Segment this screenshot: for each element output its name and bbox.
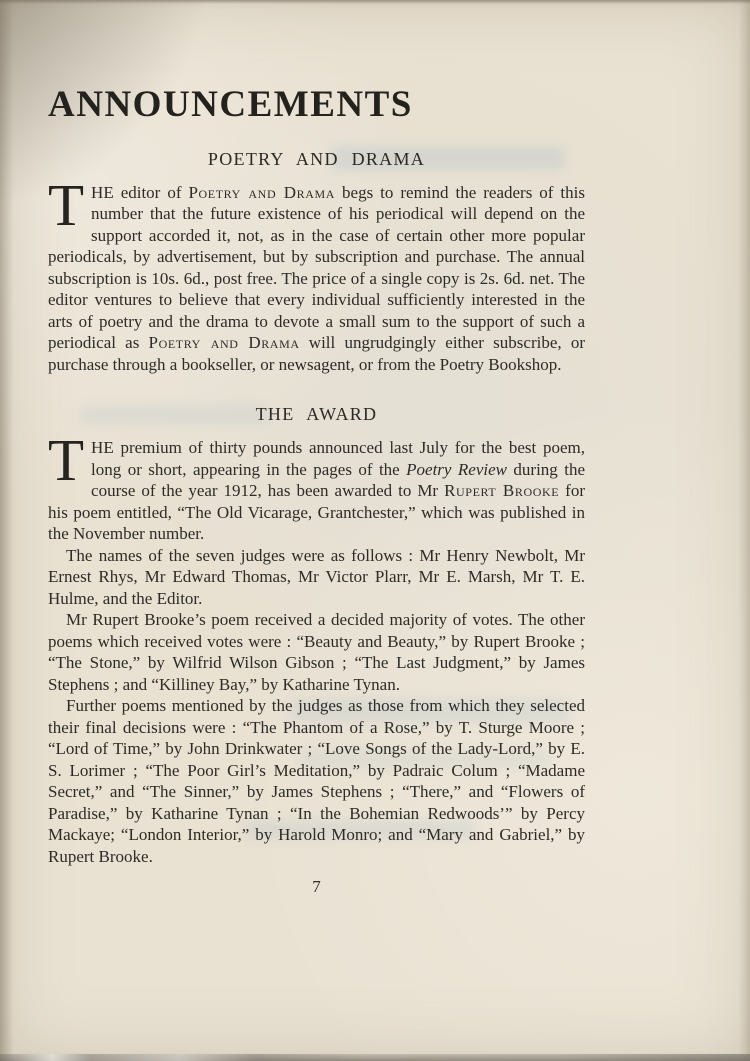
section-heading: POETRY AND DRAMA [48,150,585,170]
text-block: ANNOUNCEMENTS POETRY AND DRAMA THE edito… [48,86,585,898]
small-caps-run: Rupert Brooke [444,481,559,500]
paragraph: THE premium of thirty pounds announced l… [48,437,585,545]
paragraph: Mr Rupert Brooke’s poem received a decid… [48,609,585,695]
small-caps-run: Poetry and Drama [188,183,335,202]
italic-run: Poetry Review [406,460,507,479]
text-run: HE [91,438,114,457]
small-caps-run: Poetry and Drama [149,333,300,352]
text-run: The names of the seven judges were as fo… [48,546,585,608]
text-run: Further poems mentioned by the judges as… [48,696,585,866]
drop-cap: T [48,437,91,482]
paragraph: THE editor of Poetry and Drama begs to r… [48,182,585,376]
page-number: 7 [48,876,585,898]
text-run: HE [91,183,114,202]
text-run: begs to remind the readers of this numbe… [48,183,585,353]
paragraph: Further poems mentioned by the judges as… [48,695,585,867]
page-title: ANNOUNCEMENTS [48,86,585,123]
text-run: Mr Rupert Brooke’s poem received a decid… [48,610,585,694]
section-the-award: THE AWARD THE premium of thirty pounds a… [48,405,585,867]
section-poetry-and-drama: POETRY AND DRAMA THE editor of Poetry an… [48,150,585,375]
paragraph: The names of the seven judges were as fo… [48,545,585,610]
drop-cap: T [48,182,91,227]
scanned-book-page: ANNOUNCEMENTS POETRY AND DRAMA THE edito… [0,0,750,1061]
page-bottom-edge [0,1054,750,1061]
section-heading: THE AWARD [48,405,585,425]
text-run: editor of [114,183,189,202]
